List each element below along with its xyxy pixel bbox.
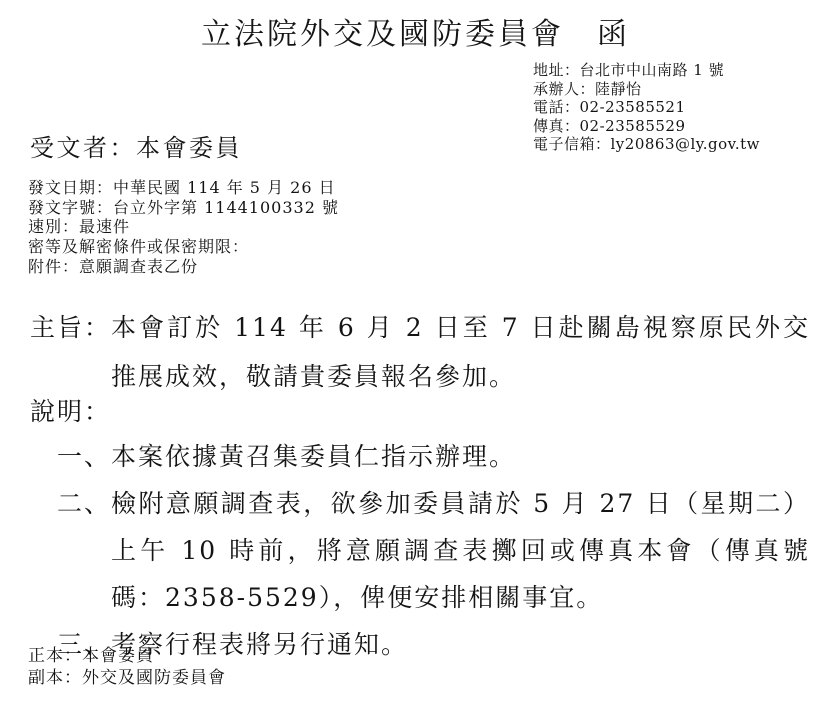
meta-issue-date: 發文日期：中華民國 114 年 5 月 26 日: [28, 178, 339, 198]
recipient-line: 受文者：本會委員: [30, 128, 242, 163]
meta-speed: 速別：最速件: [28, 217, 339, 237]
contact-person: 承辦人：陸靜怡: [533, 80, 760, 99]
contact-email: 電子信箱：ly20863@ly.gov.tw: [533, 135, 760, 154]
contact-fax: 傳真：02-23585529: [533, 117, 760, 136]
list-item-marker: 二、: [57, 480, 111, 527]
meta-security: 密等及解密條件或保密期限：: [28, 237, 339, 257]
subject-text: 本會訂於 114 年 6 月 2 日至 7 日赴關島視察原民外交推展成效，敬請貴…: [111, 303, 810, 401]
contact-address: 地址：台北市中山南路 1 號: [533, 61, 760, 80]
footer-original-copy: 正本：本會委員: [28, 646, 226, 668]
description-label: 說明：: [30, 392, 111, 428]
list-item: 一、 本案依據黃召集委員仁指示辦理。: [57, 433, 810, 480]
footer-carbon-copy: 副本：外交及國防委員會: [28, 668, 226, 690]
list-item: 二、 檢附意願調查表，欲參加委員請於 5 月 27 日（星期二）上午 10 時前…: [57, 480, 810, 621]
subject-paragraph: 主旨： 本會訂於 114 年 6 月 2 日至 7 日赴關島視察原民外交推展成效…: [30, 303, 810, 401]
description-items: 一、 本案依據黃召集委員仁指示辦理。 二、 檢附意願調查表，欲參加委員請於 5 …: [57, 433, 810, 668]
footer-block: 正本：本會委員 副本：外交及國防委員會: [28, 646, 226, 689]
contact-phone: 電話：02-23585521: [533, 98, 760, 117]
meta-attachment: 附件：意願調查表乙份: [28, 257, 339, 277]
list-item-text: 本案依據黃召集委員仁指示辦理。: [111, 433, 810, 480]
document-title: 立法院外交及國防委員會 函: [0, 9, 831, 53]
list-item-text: 檢附意願調查表，欲參加委員請於 5 月 27 日（星期二）上午 10 時前，將意…: [111, 480, 810, 621]
meta-block: 發文日期：中華民國 114 年 5 月 26 日 發文字號：台立外字第 1144…: [28, 178, 339, 277]
meta-doc-number: 發文字號：台立外字第 1144100332 號: [28, 198, 339, 218]
contact-block: 地址：台北市中山南路 1 號 承辦人：陸靜怡 電話：02-23585521 傳真…: [533, 61, 760, 154]
subject-label: 主旨：: [30, 303, 111, 352]
document-page: 立法院外交及國防委員會 函 地址：台北市中山南路 1 號 承辦人：陸靜怡 電話：…: [0, 0, 831, 711]
list-item-marker: 一、: [57, 433, 111, 480]
